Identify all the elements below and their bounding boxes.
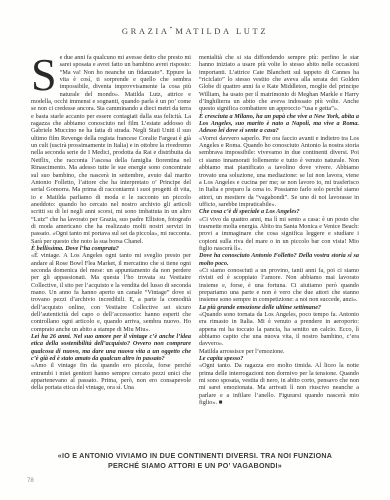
article-subject-title: MATILDA LUTZ <box>175 26 268 36</box>
drop-cap: S <box>31 54 60 93</box>
interview-question: Dove ha conosciuto Antonio Folletto? Del… <box>199 252 359 267</box>
article-paragraph: «Ci siamo conosciuti a un provino, tanti… <box>199 267 359 304</box>
pull-quote-line-2: PERCHÉ SIAMO ATTORI E UN PO’ VAGABONDI» <box>12 461 379 471</box>
header-asterisk-icon: * <box>170 26 174 32</box>
article-paragraph: «Ogni tanto. Da ragazza ero molto timida… <box>199 362 359 406</box>
article-column-right: mentalità che si sta diffondendo sempre … <box>199 54 359 444</box>
lede-paragraph: «Se due anni fa qualcuno mi avesse detto… <box>31 54 191 245</box>
pull-quote-line-1: «IO E ANTONIO VIVIAMO IN DUE CONTINENTI … <box>12 451 379 461</box>
magazine-brand: GRAZIA <box>122 26 170 36</box>
article-body: «Se due anni fa qualcuno mi avesse detto… <box>31 54 359 444</box>
interview-question: È cresciuta a Milano, ha un papà che viv… <box>199 113 359 135</box>
article-paragraph: «Amo il vintage fin da quando ero piccol… <box>31 362 191 391</box>
pull-quote: «IO E ANTONIO VIVIAMO IN DUE CONTINENTI … <box>12 451 379 470</box>
page-number: 78 <box>27 478 34 484</box>
article-paragraph: «È vintage. A Los Angeles ogni tanto mi … <box>31 252 191 333</box>
article-paragraph: mentalità che si sta diffondendo sempre … <box>199 54 359 113</box>
article-paragraph: «Ci vivo da quattro anni, ma lì mi sento… <box>199 216 359 253</box>
interview-question: La più grande emozione delle ultime sett… <box>199 304 359 311</box>
interview-question: Che cosa c’è di speciale a Los Angeles? <box>199 208 359 215</box>
article-column-left: «Se due anni fa qualcuno mi avesse detto… <box>31 54 191 444</box>
magazine-header: GRAZIA*MATILDA LUTZ <box>0 26 390 36</box>
interview-question: Lei ha 26 anni. Nel suo amore per il vin… <box>31 333 191 362</box>
article-paragraph: «Vorrei davvero saperlo. Per ora faccio … <box>199 135 359 208</box>
article-paragraph: «Quando sono tornata da Los Angeles, poc… <box>199 311 359 348</box>
narrative-line: Matilda arrossisce per l’emozione. <box>199 348 359 355</box>
interview-question: Le capita spesso? <box>199 355 359 362</box>
